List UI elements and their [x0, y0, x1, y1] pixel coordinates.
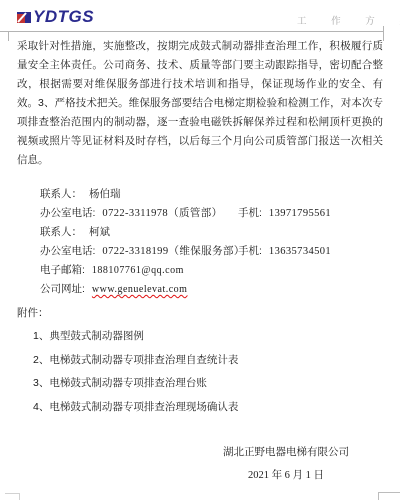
office-phone-value: 0722-3318199（维保服务部）	[102, 246, 244, 257]
contact-row: 办公室电话:0722-3311978（质管部） 手机:13971795561	[0, 204, 400, 223]
email-label: 电子邮箱:	[40, 264, 85, 276]
website-label: 公司网址:	[40, 283, 85, 295]
contact-label: 联系人：	[40, 226, 82, 238]
margin-mark-top-right	[383, 26, 384, 41]
attachment-item: 1、典型鼓式制动器图例	[0, 325, 400, 349]
contact-row: 联系人：柯斌	[0, 223, 400, 242]
contact-name: 杨伯瑞	[89, 188, 121, 200]
document-page: { "header": { "logo_text": "YDTGS", "doc…	[0, 0, 400, 500]
company-logo: YDTGS	[17, 8, 94, 25]
email-value: 188107761@qq.com	[92, 265, 184, 276]
margin-mark-bottom-left	[5, 493, 20, 494]
contact-label: 联系人：	[40, 188, 82, 200]
doc-type-label: 工 作 方 案	[297, 13, 400, 27]
mobile-label: 手机:	[238, 245, 262, 257]
margin-mark-top-left	[8, 31, 9, 41]
signature-block: 湖北正野电器电梯有限公司 2021 年 6 月 1 日	[218, 443, 354, 485]
mobile-group: 手机:13971795561	[238, 204, 331, 223]
mobile-group: 手机:13635734501	[238, 242, 331, 261]
contact-row: 办公室电话:0722-3318199（维保服务部） 手机:13635734501	[0, 242, 400, 261]
margin-mark-bottom-left	[19, 493, 20, 500]
contact-name: 柯斌	[89, 226, 110, 238]
signature-date: 2021 年 6 月 1 日	[218, 466, 354, 485]
contact-block: 联系人：杨伯瑞 办公室电话:0722-3311978（质管部） 手机:13971…	[0, 185, 400, 299]
company-name: 湖北正野电器电梯有限公司	[218, 443, 354, 462]
office-phone-value: 0722-3311978（质管部）	[102, 208, 222, 219]
mobile-value: 13635734501	[269, 246, 331, 257]
attachments-title: 附件：	[0, 302, 400, 325]
paragraph-item-3: 3、严格技术把关。维保服务部要结合电梯定期检验和检测工作，对本次专项排查整治范围…	[17, 94, 383, 170]
mobile-label: 手机:	[238, 207, 262, 219]
attachments-block: 附件： 1、典型鼓式制动器图例 2、电梯鼓式制动器专项排查治理自查统计表 3、电…	[0, 302, 400, 419]
contact-row: 联系人：杨伯瑞	[0, 185, 400, 204]
attachment-item: 3、电梯鼓式制动器专项排查治理台账	[0, 372, 400, 396]
contact-row: 电子邮箱:188107761@qq.com	[0, 261, 400, 280]
mobile-value: 13971795561	[269, 208, 331, 219]
header-rule	[0, 31, 383, 32]
margin-mark-bottom-right	[378, 492, 400, 493]
office-phone-label: 办公室电话:	[40, 245, 95, 257]
attachment-item: 2、电梯鼓式制动器专项排查治理自查统计表	[0, 349, 400, 373]
margin-mark-bottom-right	[378, 492, 379, 500]
contact-row: 公司网址:www.genuelevat.com	[0, 280, 400, 299]
logo-text: YDTGS	[33, 8, 94, 25]
attachment-item: 4、电梯鼓式制动器专项排查治理现场确认表	[0, 396, 400, 420]
logo-flag-icon	[17, 11, 31, 23]
office-phone-label: 办公室电话:	[40, 207, 95, 219]
website-value: www.genuelevat.com	[92, 284, 188, 295]
